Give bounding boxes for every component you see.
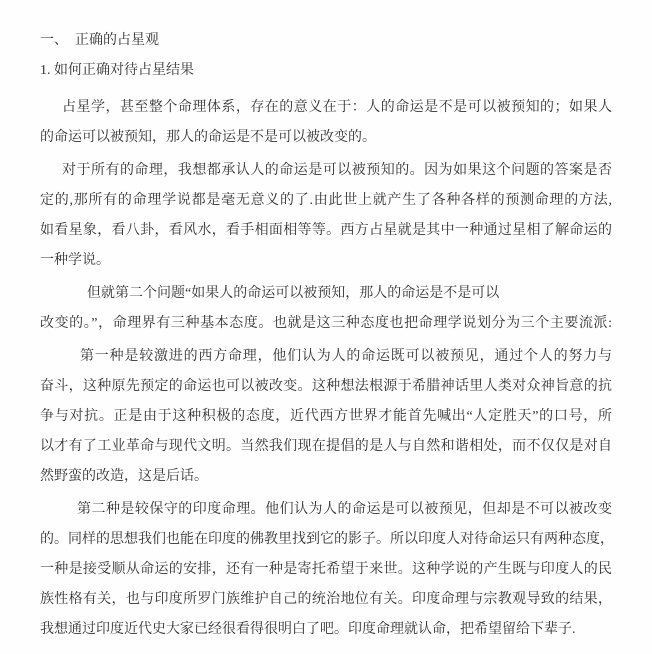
text-line: 争与对抗。正是由于这种积极的态度，近代西方世界才能首先喊出“人定胜天”的口号，所 [40, 402, 612, 432]
text-line: 一种是接受顺从命运的安排，还有一种是寄托希望于来世。这种学说的产生既与印度人的民 [40, 555, 612, 585]
text-line: 第二种是较保守的印度命理。他们认为人的命运是可以被预见，但却是不可以被改变 [40, 495, 612, 525]
text-line: 占星学，甚至整个命理体系，存在的意义在于：人的命运是不是可以被预知的；如果人 [40, 93, 612, 123]
paragraph: 但就第二个问题“如果人的命运可以被预知，那人的命运是不是可以改变的。”，命理界有… [40, 279, 612, 339]
text-line: 以才有了工业革命与现代文明。当然我们现在提倡的是人与自然和谐相处，而不仅仅是对自 [40, 432, 612, 462]
paragraph: 占星学，甚至整个命理体系，存在的意义在于：人的命运是不是可以被预知的；如果人的命… [40, 93, 612, 153]
text-line: 的。同样的思想我们也能在印度的佛教里找到它的影子。所以印度人对待命运只有两种态度… [40, 525, 612, 555]
text-line: 我想通过印度近代史大家已经很看得很明白了吧。印度命理就认命，把希望留给下辈子. [40, 615, 612, 645]
paragraph: 对于所有的命理，我想都承认人的命运是可以被预知的。因为如果这个问题的答案是否定的… [40, 156, 612, 276]
text-line: 第一种是较激进的西方命理，他们认为人的命运既可以被预见，通过个人的努力与 [40, 342, 612, 372]
text-line: 但就第二个问题“如果人的命运可以被预知，那人的命运是不是可以 [40, 279, 612, 309]
text-line: 的命运可以被预知，那人的命运是不是可以被改变的。 [40, 123, 612, 153]
section-heading: 一、 正确的占星观 [40, 26, 612, 56]
text-line: 对于所有的命理，我想都承认人的命运是可以被预知的。因为如果这个问题的答案是否 [40, 156, 612, 186]
subsection-heading: 1. 如何正确对待占星结果 [40, 56, 612, 86]
paragraph: 第一种是较激进的西方命理，他们认为人的命运既可以被预见，通过个人的努力与奋斗，这… [40, 342, 612, 492]
text-line: 奋斗，这种原先预定的命运也可以被改变。这种想法根源于希腊神话里人类对众神旨意的抗 [40, 372, 612, 402]
text-line: 改变的。”，命理界有三种基本态度。也就是这三种态度也把命理学说划分为三个主要流派… [40, 309, 612, 339]
paragraph: 第二种是较保守的印度命理。他们认为人的命运是可以被预见，但却是不可以被改变的。同… [40, 495, 612, 645]
text-line: 然野蛮的改造，这是后话。 [40, 462, 612, 492]
document-page: 一、 正确的占星观 1. 如何正确对待占星结果 占星学，甚至整个命理体系，存在的… [0, 0, 652, 654]
document-body: 占星学，甚至整个命理体系，存在的意义在于：人的命运是不是可以被预知的；如果人的命… [40, 93, 612, 645]
text-line: 一种学说。 [40, 246, 612, 276]
text-line: 如看星象，看八卦，看风水，看手相面相等等。西方占星就是其中一种通过星相了解命运的 [40, 216, 612, 246]
text-line: 族性格有关，也与印度所罗门族维护自己的统治地位有关。印度命理与宗教观导致的结果， [40, 585, 612, 615]
text-line: 定的,那所有的命理学说都是毫无意义的了.由此世上就产生了各种各样的预测命理的方法… [40, 186, 612, 216]
